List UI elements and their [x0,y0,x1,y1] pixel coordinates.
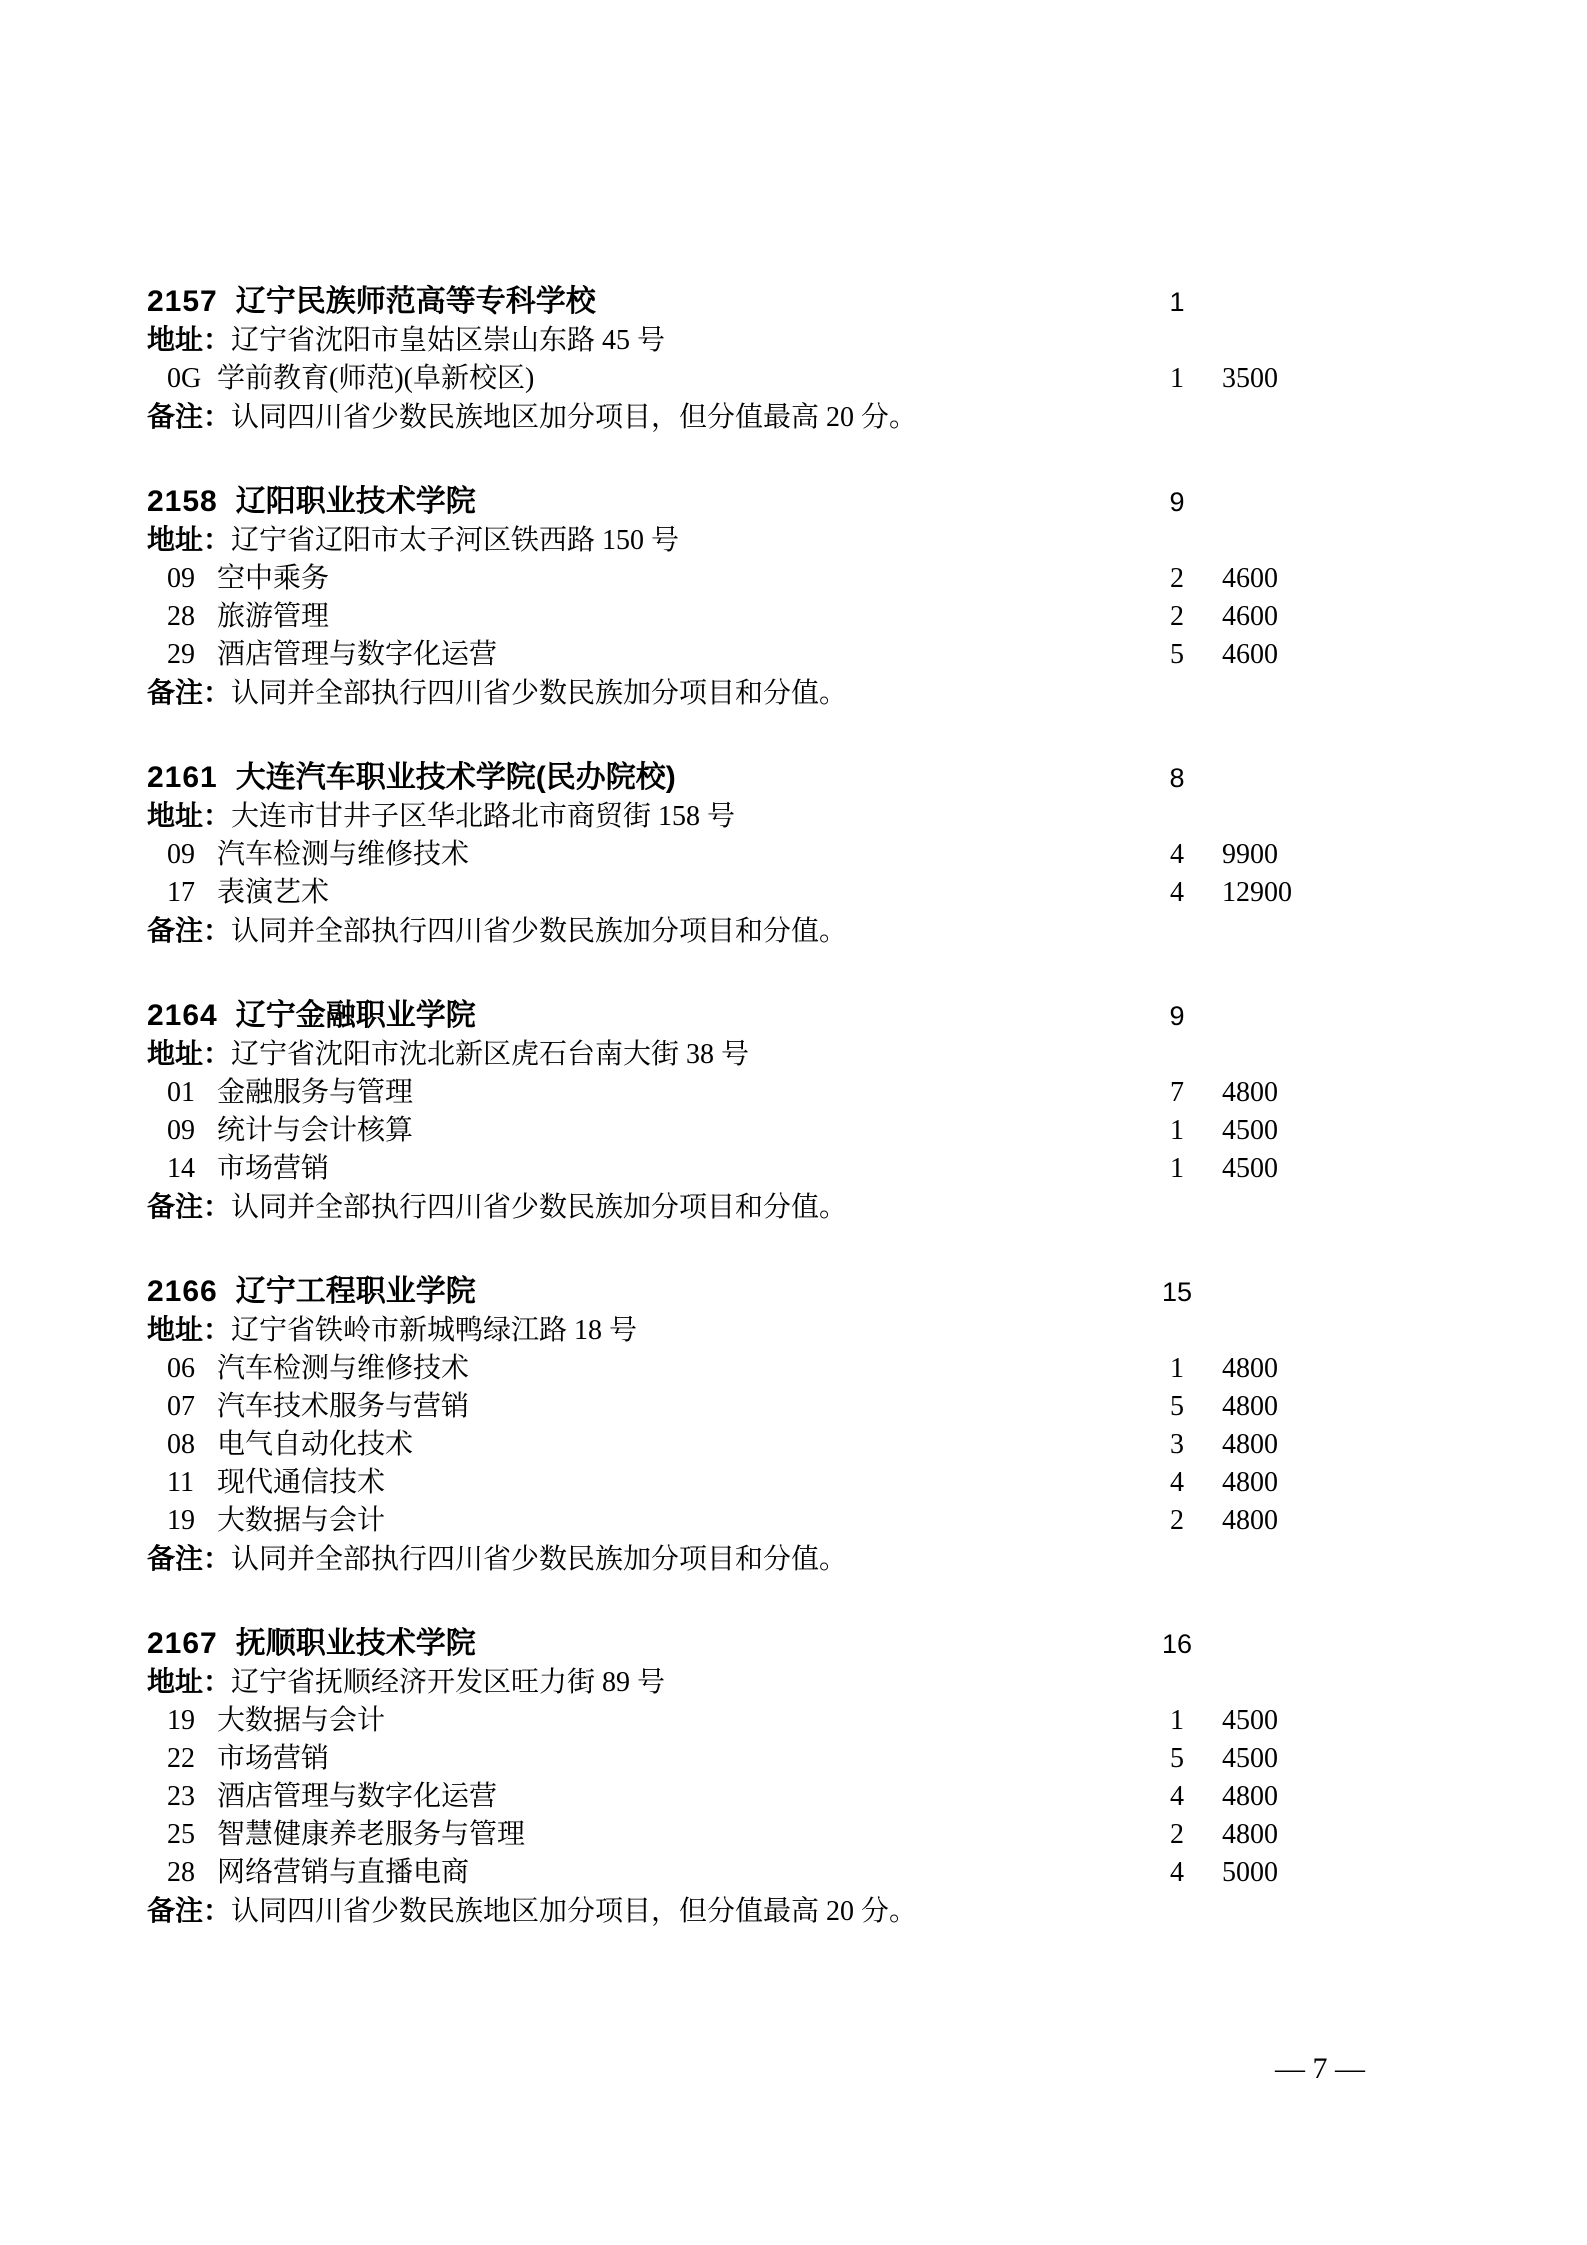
address-label: 地址： [147,1666,231,1697]
major-fee: 9900 [1222,836,1352,874]
major-code: 01 [167,1074,211,1112]
school-block: 2167抚顺职业技术学院 16 地址：辽宁省抚顺经济开发区旺力街 89 号 19… [0,1625,1587,1931]
school-plan-count: 9 [1148,483,1206,521]
school-name: 辽宁民族师范高等专科学校 [236,285,596,318]
major-row: 0G学前教育(师范)(阜新校区) 1 3500 [0,360,1587,398]
major-fee: 4500 [1222,1112,1352,1150]
major-row: 17表演艺术 4 12900 [0,874,1587,912]
major-row: 06汽车检测与维修技术 1 4800 [0,1350,1587,1388]
major-name: 空中乘务 [217,563,329,594]
address-label: 地址： [147,1038,231,1069]
school-plan-count: 1 [1148,283,1206,321]
major-name: 酒店管理与数字化运营 [217,639,497,670]
major-list: 19大数据与会计 1 4500 22市场营销 5 4500 23酒店管理与数字化… [0,1702,1587,1892]
school-code: 2167 [147,1627,218,1660]
major-name: 网络营销与直播电商 [217,1857,469,1888]
major-name: 汽车检测与维修技术 [217,839,469,870]
major-row: 08电气自动化技术 3 4800 [0,1426,1587,1464]
major-code: 19 [167,1502,211,1540]
address-label: 地址： [147,800,231,831]
page-number: — 7 — [1275,2052,1365,2085]
school-name: 辽阳职业技术学院 [236,485,476,518]
major-fee: 4800 [1222,1816,1352,1854]
remark-label: 备注： [147,401,231,432]
remark-label: 备注： [147,915,231,946]
school-code: 2157 [147,285,218,318]
major-row: 09汽车检测与维修技术 4 9900 [0,836,1587,874]
major-fee: 4500 [1222,1150,1352,1188]
major-code: 0G [167,360,211,398]
major-plan-count: 1 [1148,1350,1206,1388]
major-row: 19大数据与会计 2 4800 [0,1502,1587,1540]
address-text: 大连市甘井子区华北路北市商贸街 158 号 [231,801,735,832]
major-fee: 4500 [1222,1740,1352,1778]
major-code: 22 [167,1740,211,1778]
major-name: 大数据与会计 [217,1505,385,1536]
school-block: 2164辽宁金融职业学院 9 地址：辽宁省沈阳市沈北新区虎石台南大街 38 号 … [0,997,1587,1227]
major-row: 19大数据与会计 1 4500 [0,1702,1587,1740]
address-text: 辽宁省沈阳市沈北新区虎石台南大街 38 号 [231,1039,749,1070]
major-list: 09空中乘务 2 4600 28旅游管理 2 4600 29酒店管理与数字化运营… [0,560,1587,674]
school-remark-row: 备注：认同并全部执行四川省少数民族加分项目和分值。 [0,1188,1587,1227]
major-name: 汽车检测与维修技术 [217,1353,469,1384]
major-row: 25智慧健康养老服务与管理 2 4800 [0,1816,1587,1854]
major-code: 09 [167,560,211,598]
major-row: 01金融服务与管理 7 4800 [0,1074,1587,1112]
school-heading: 2157辽宁民族师范高等专科学校 1 [0,283,1587,321]
school-block: 2157辽宁民族师范高等专科学校 1 地址：辽宁省沈阳市皇姑区崇山东路 45 号… [0,283,1587,437]
major-plan-count: 7 [1148,1074,1206,1112]
major-name: 市场营销 [217,1153,329,1184]
school-heading: 2167抚顺职业技术学院 16 [0,1625,1587,1663]
major-fee: 4800 [1222,1502,1352,1540]
major-code: 09 [167,1112,211,1150]
major-row: 23酒店管理与数字化运营 4 4800 [0,1778,1587,1816]
major-code: 11 [167,1464,211,1502]
major-plan-count: 1 [1148,1150,1206,1188]
major-code: 17 [167,874,211,912]
major-plan-count: 1 [1148,1702,1206,1740]
major-fee: 4600 [1222,560,1352,598]
school-block: 2166辽宁工程职业学院 15 地址：辽宁省铁岭市新城鸭绿江路 18 号 06汽… [0,1273,1587,1579]
major-name: 电气自动化技术 [217,1429,413,1460]
school-heading: 2158辽阳职业技术学院 9 [0,483,1587,521]
school-remark-row: 备注：认同并全部执行四川省少数民族加分项目和分值。 [0,912,1587,951]
major-code: 09 [167,836,211,874]
major-plan-count: 1 [1148,1112,1206,1150]
major-row: 28网络营销与直播电商 4 5000 [0,1854,1587,1892]
school-remark-row: 备注：认同并全部执行四川省少数民族加分项目和分值。 [0,674,1587,713]
major-row: 09统计与会计核算 1 4500 [0,1112,1587,1150]
major-code: 06 [167,1350,211,1388]
school-name: 大连汽车职业技术学院(民办院校) [236,761,676,794]
major-row: 14市场营销 1 4500 [0,1150,1587,1188]
major-fee: 4800 [1222,1350,1352,1388]
major-list: 01金融服务与管理 7 4800 09统计与会计核算 1 4500 14市场营销… [0,1074,1587,1188]
remark-label: 备注： [147,677,231,708]
major-fee: 12900 [1222,874,1352,912]
school-block: 2161大连汽车职业技术学院(民办院校) 8 地址：大连市甘井子区华北路北市商贸… [0,759,1587,951]
major-fee: 4800 [1222,1778,1352,1816]
major-plan-count: 4 [1148,1464,1206,1502]
major-name: 表演艺术 [217,877,329,908]
major-plan-count: 2 [1148,598,1206,636]
address-label: 地址： [147,524,231,555]
school-remark-row: 备注：认同四川省少数民族地区加分项目，但分值最高 20 分。 [0,398,1587,437]
school-name: 抚顺职业技术学院 [236,1627,476,1660]
major-name: 统计与会计核算 [217,1115,413,1146]
major-plan-count: 2 [1148,1502,1206,1540]
school-code: 2164 [147,999,218,1032]
major-name: 大数据与会计 [217,1705,385,1736]
major-name: 学前教育(师范)(阜新校区) [217,363,534,394]
major-list: 06汽车检测与维修技术 1 4800 07汽车技术服务与营销 5 4800 08… [0,1350,1587,1540]
major-name: 酒店管理与数字化运营 [217,1781,497,1812]
school-plan-count: 8 [1148,759,1206,797]
major-code: 29 [167,636,211,674]
major-code: 25 [167,1816,211,1854]
school-code: 2158 [147,485,218,518]
major-name: 市场营销 [217,1743,329,1774]
remark-label: 备注： [147,1895,231,1926]
school-plan-count: 15 [1148,1273,1206,1311]
remark-text: 认同四川省少数民族地区加分项目，但分值最高 20 分。 [231,1896,917,1927]
remark-text: 认同并全部执行四川省少数民族加分项目和分值。 [231,678,847,709]
remark-label: 备注： [147,1543,231,1574]
major-fee: 4600 [1222,598,1352,636]
school-remark-row: 备注：认同四川省少数民族地区加分项目，但分值最高 20 分。 [0,1892,1587,1931]
major-plan-count: 1 [1148,360,1206,398]
major-code: 14 [167,1150,211,1188]
major-fee: 4800 [1222,1388,1352,1426]
address-text: 辽宁省辽阳市太子河区铁西路 150 号 [231,525,679,556]
school-address-row: 地址：辽宁省沈阳市皇姑区崇山东路 45 号 [0,321,1587,360]
school-code: 2166 [147,1275,218,1308]
address-text: 辽宁省铁岭市新城鸭绿江路 18 号 [231,1315,637,1346]
school-plan-count: 9 [1148,997,1206,1035]
major-name: 金融服务与管理 [217,1077,413,1108]
major-list: 0G学前教育(师范)(阜新校区) 1 3500 [0,360,1587,398]
major-fee: 4600 [1222,636,1352,674]
school-address-row: 地址：大连市甘井子区华北路北市商贸街 158 号 [0,797,1587,836]
school-name: 辽宁金融职业学院 [236,999,476,1032]
major-name: 汽车技术服务与营销 [217,1391,469,1422]
school-list: 2157辽宁民族师范高等专科学校 1 地址：辽宁省沈阳市皇姑区崇山东路 45 号… [0,283,1587,1977]
address-label: 地址： [147,1314,231,1345]
major-fee: 3500 [1222,360,1352,398]
major-plan-count: 2 [1148,1816,1206,1854]
school-code: 2161 [147,761,218,794]
major-plan-count: 5 [1148,1740,1206,1778]
major-row: 22市场营销 5 4500 [0,1740,1587,1778]
address-text: 辽宁省沈阳市皇姑区崇山东路 45 号 [231,325,665,356]
major-list: 09汽车检测与维修技术 4 9900 17表演艺术 4 12900 [0,836,1587,912]
major-plan-count: 4 [1148,1778,1206,1816]
major-row: 11现代通信技术 4 4800 [0,1464,1587,1502]
major-code: 28 [167,598,211,636]
page-footer: — 7 — [1190,2050,1450,2088]
school-block: 2158辽阳职业技术学院 9 地址：辽宁省辽阳市太子河区铁西路 150 号 09… [0,483,1587,713]
major-name: 现代通信技术 [217,1467,385,1498]
major-plan-count: 4 [1148,874,1206,912]
major-plan-count: 4 [1148,836,1206,874]
major-code: 28 [167,1854,211,1892]
school-remark-row: 备注：认同并全部执行四川省少数民族加分项目和分值。 [0,1540,1587,1579]
remark-text: 认同并全部执行四川省少数民族加分项目和分值。 [231,916,847,947]
major-name: 智慧健康养老服务与管理 [217,1819,525,1850]
major-plan-count: 3 [1148,1426,1206,1464]
school-address-row: 地址：辽宁省辽阳市太子河区铁西路 150 号 [0,521,1587,560]
school-heading: 2164辽宁金融职业学院 9 [0,997,1587,1035]
major-plan-count: 5 [1148,1388,1206,1426]
major-fee: 4800 [1222,1464,1352,1502]
school-heading: 2166辽宁工程职业学院 15 [0,1273,1587,1311]
major-code: 08 [167,1426,211,1464]
major-name: 旅游管理 [217,601,329,632]
major-fee: 4800 [1222,1074,1352,1112]
address-text: 辽宁省抚顺经济开发区旺力街 89 号 [231,1667,665,1698]
school-address-row: 地址：辽宁省沈阳市沈北新区虎石台南大街 38 号 [0,1035,1587,1074]
major-code: 23 [167,1778,211,1816]
major-fee: 4500 [1222,1702,1352,1740]
school-address-row: 地址：辽宁省铁岭市新城鸭绿江路 18 号 [0,1311,1587,1350]
major-row: 28旅游管理 2 4600 [0,598,1587,636]
school-address-row: 地址：辽宁省抚顺经济开发区旺力街 89 号 [0,1663,1587,1702]
document-page: 2157辽宁民族师范高等专科学校 1 地址：辽宁省沈阳市皇姑区崇山东路 45 号… [0,0,1587,2245]
school-plan-count: 16 [1148,1625,1206,1663]
school-heading: 2161大连汽车职业技术学院(民办院校) 8 [0,759,1587,797]
major-code: 19 [167,1702,211,1740]
major-row: 29酒店管理与数字化运营 5 4600 [0,636,1587,674]
remark-text: 认同并全部执行四川省少数民族加分项目和分值。 [231,1544,847,1575]
address-label: 地址： [147,324,231,355]
major-code: 07 [167,1388,211,1426]
major-plan-count: 2 [1148,560,1206,598]
major-row: 09空中乘务 2 4600 [0,560,1587,598]
major-row: 07汽车技术服务与营销 5 4800 [0,1388,1587,1426]
remark-text: 认同四川省少数民族地区加分项目，但分值最高 20 分。 [231,402,917,433]
school-name: 辽宁工程职业学院 [236,1275,476,1308]
major-fee: 5000 [1222,1854,1352,1892]
major-plan-count: 5 [1148,636,1206,674]
major-fee: 4800 [1222,1426,1352,1464]
remark-text: 认同并全部执行四川省少数民族加分项目和分值。 [231,1192,847,1223]
major-plan-count: 4 [1148,1854,1206,1892]
remark-label: 备注： [147,1191,231,1222]
